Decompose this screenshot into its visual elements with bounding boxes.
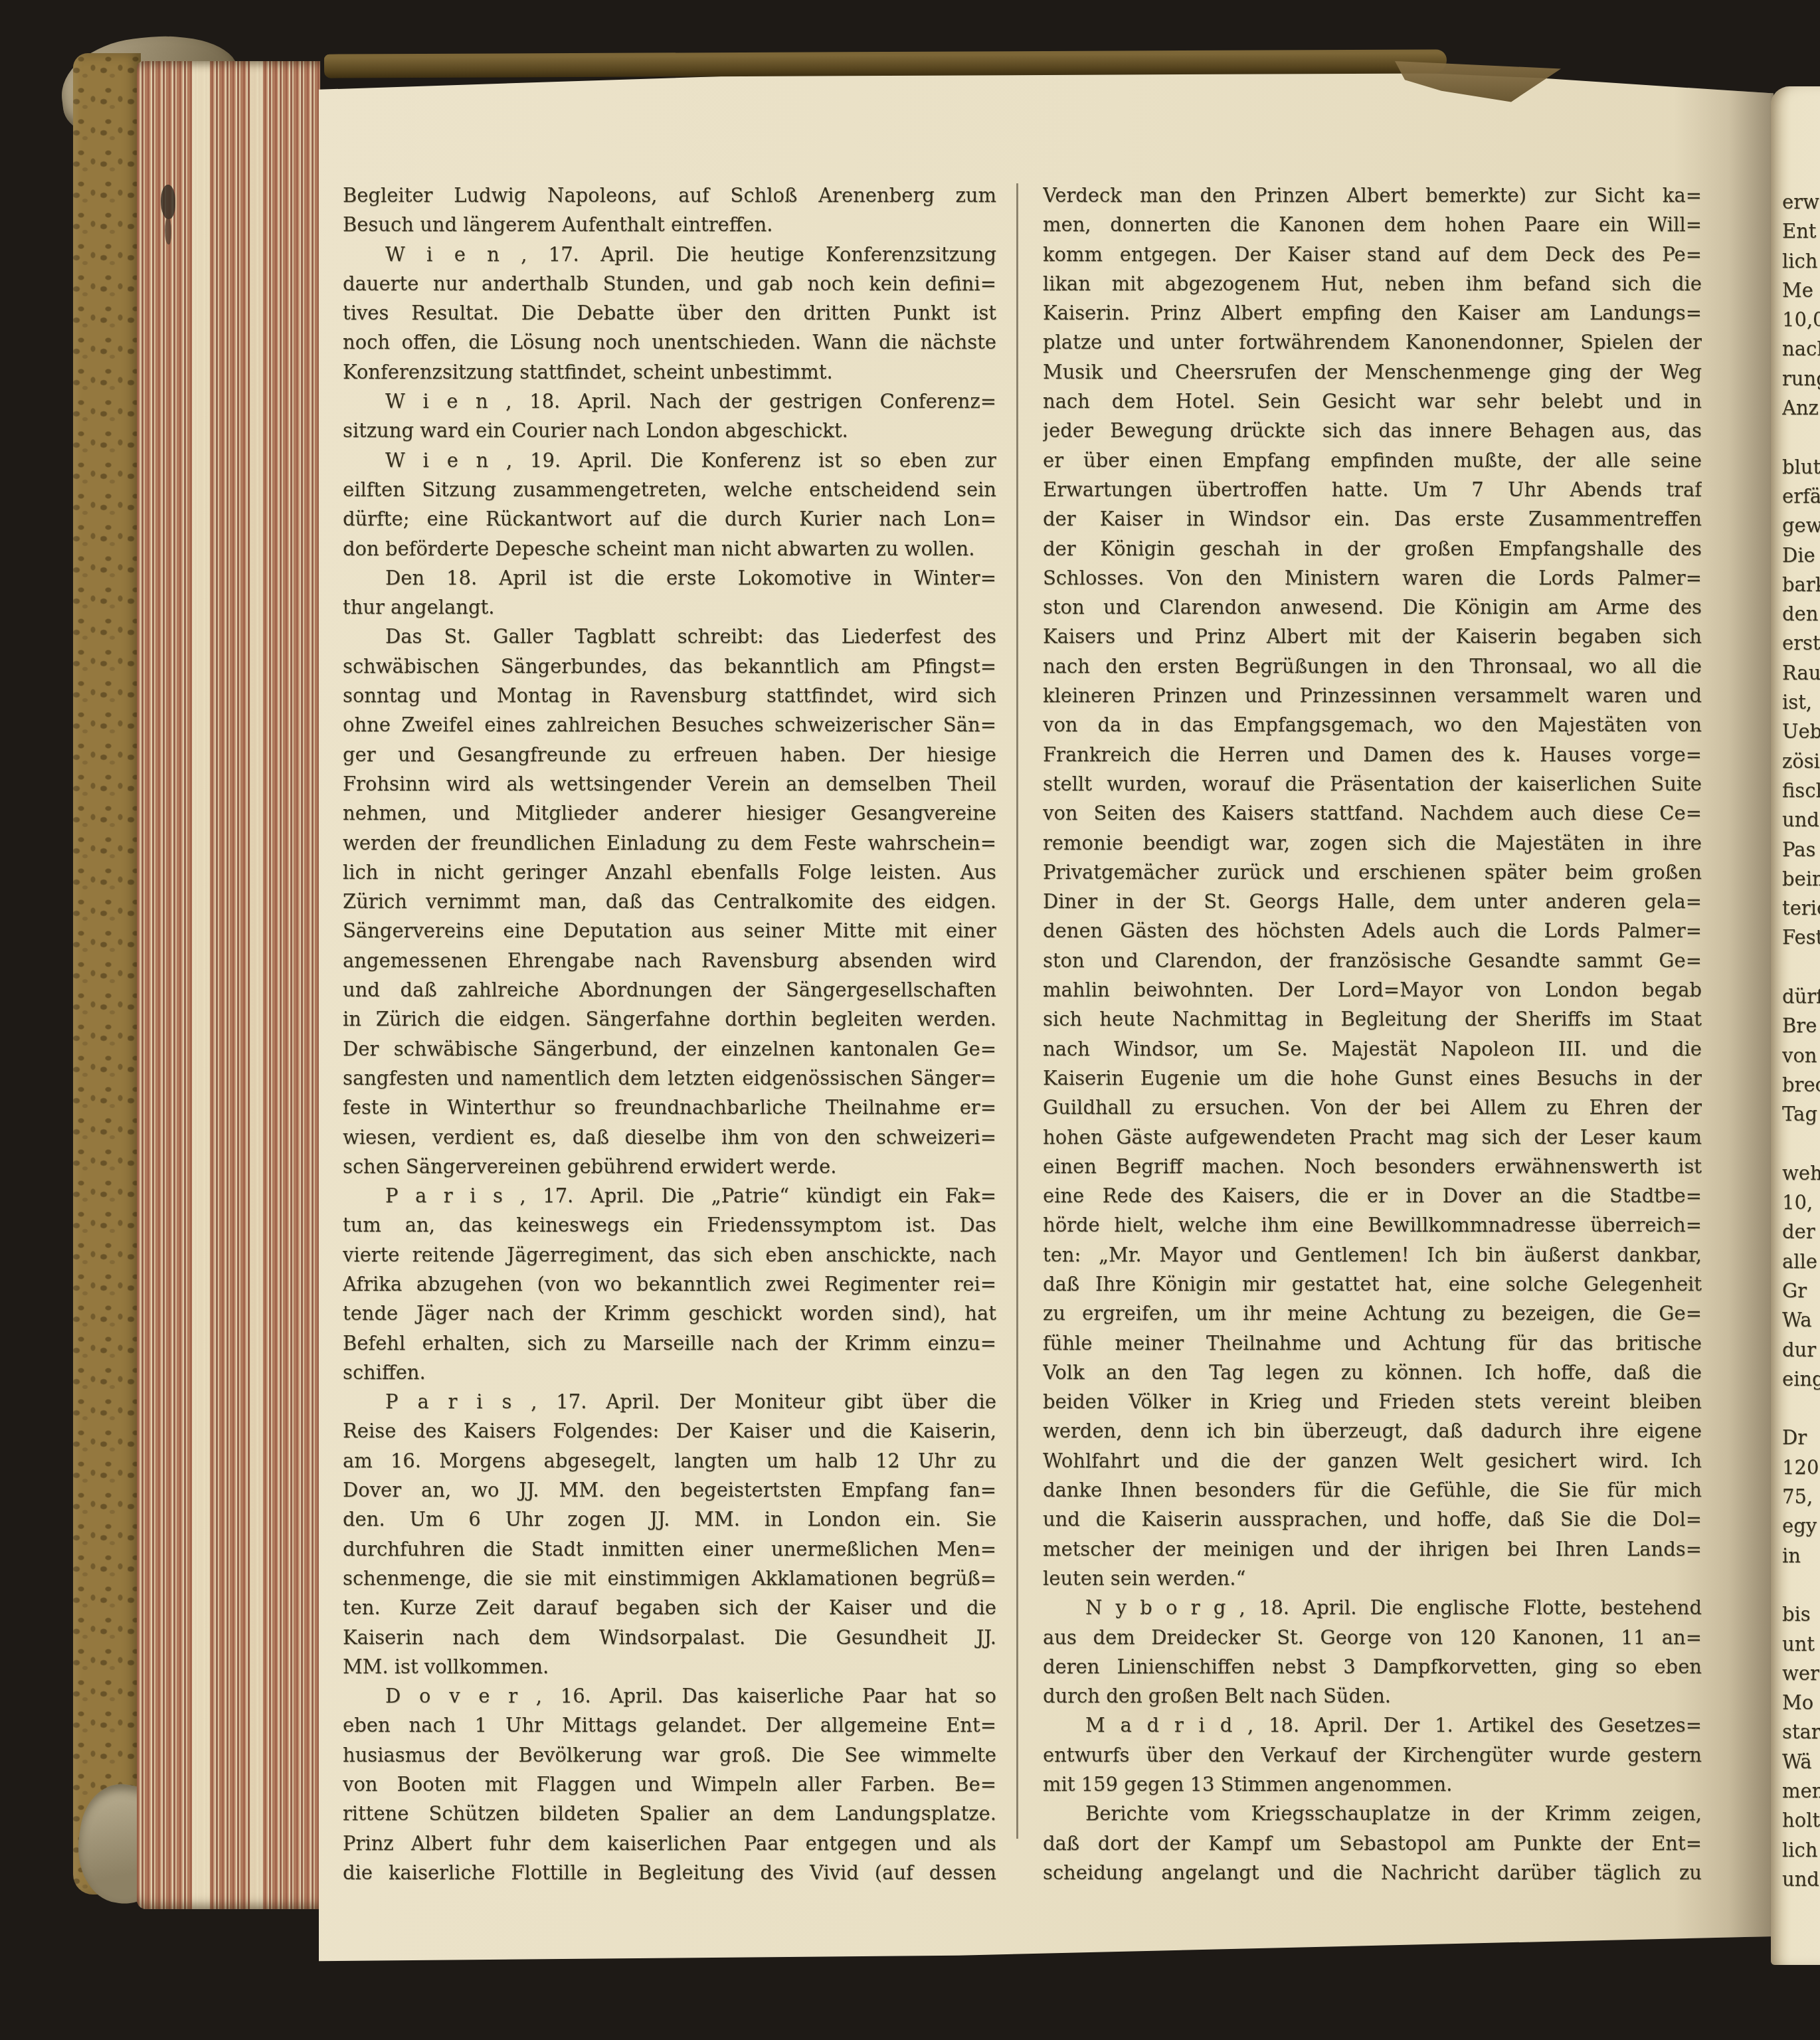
text-line: brec (1782, 1070, 1820, 1099)
text-line: hohen Gäste aufgewendeten Pracht mag sic… (1043, 1123, 1702, 1152)
text-line: Privatgemächer zurück und erschienen spä… (1043, 858, 1702, 887)
text-line: denen Gästen des höchsten Adels auch die… (1043, 916, 1702, 945)
text-line: lich (1782, 246, 1820, 276)
text-line: Konferenzsitzung stattfindet, scheint un… (343, 357, 996, 387)
text-line: nach den ersten Begrüßungen in den Thron… (1043, 652, 1702, 681)
text-line: eine Rede des Kaisers, die er in Dover a… (1043, 1181, 1702, 1210)
text-line: sitzung ward ein Courier nach London abg… (343, 416, 996, 445)
text-line: daß Ihre Königin mir gestattet hat, eine… (1043, 1269, 1702, 1299)
text-line: Rau (1782, 658, 1820, 688)
text-line: tende Jäger nach der Krimm geschickt wor… (343, 1299, 996, 1328)
text-line: Fest (1782, 923, 1820, 952)
text-line: durchfuhren die Stadt inmitten einer une… (343, 1534, 996, 1564)
text-line: erw (1782, 187, 1820, 217)
text-line: weh (1782, 1159, 1820, 1188)
text-line: Kaiserin nach dem Windsorpalast. Die Ges… (343, 1623, 996, 1652)
text-line: komm entgegen. Der Kaiser stand auf dem … (1043, 240, 1702, 269)
text-line: wiesen, verdient es, daß dieselbe ihm vo… (343, 1123, 996, 1152)
text-line: remonie beendigt war, zogen sich die Maj… (1043, 828, 1702, 858)
text-line: am 16. Morgens abgesegelt, langten um ha… (343, 1446, 996, 1475)
text-line: schwäbischen Sängerbundes, das bekanntli… (343, 652, 996, 681)
text-line: ten: „Mr. Mayor und Gentlemen! Ich bin ä… (1043, 1240, 1702, 1269)
text-line: Musik und Cheersrufen der Menschenmenge … (1043, 357, 1702, 387)
text-line: und (1782, 1865, 1820, 1894)
text-line: lich (1782, 1835, 1820, 1865)
column-divider-rule (1016, 183, 1018, 1839)
text-line: Dover an, wo JJ. MM. den begeistertsten … (343, 1475, 996, 1505)
text-line: egy (1782, 1511, 1820, 1540)
text-line: schiffen. (343, 1358, 996, 1387)
text-line: wer (1782, 1659, 1820, 1688)
text-line: dürfte; eine Rückantwort auf die durch K… (343, 504, 996, 533)
text-line: dur (1782, 1335, 1820, 1364)
text-line: von da in das Empfangsgemach, wo den Maj… (1043, 710, 1702, 739)
text-line: Guildhall zu ersuchen. Von der bei Allem… (1043, 1093, 1702, 1122)
text-line: durch den großen Belt nach Süden. (1043, 1681, 1702, 1711)
text-line: erfä (1782, 482, 1820, 511)
text-line: die kaiserliche Flottille in Begleitung … (343, 1858, 996, 1887)
text-line: noch offen, die Lösung noch unentschiede… (343, 327, 996, 357)
text-line: lich in nicht geringer Anzahl ebenfalls … (343, 858, 996, 887)
text-line: der (1782, 1217, 1820, 1246)
text-line: men (1782, 1776, 1820, 1806)
book-cover-edge (73, 53, 141, 1895)
text-line: jeder Bewegung drückte sich das innere B… (1043, 416, 1702, 445)
text-line: unt (1782, 1629, 1820, 1659)
text-line: feste in Winterthur so freundnachbarlich… (343, 1093, 996, 1122)
text-line: Me (1782, 276, 1820, 305)
text-line: ston und Clarendon, der französische Ges… (1043, 946, 1702, 975)
text-line (1782, 1570, 1820, 1600)
text-line: 10,0 (1782, 305, 1820, 334)
photograph-of-book-page: { "scene": { "background_color": "#1e1a1… (0, 0, 1820, 2040)
text-line: platze und unter fortwährendem Kanonendo… (1043, 327, 1702, 357)
text-line: 10, (1782, 1188, 1820, 1217)
text-line: alle (1782, 1247, 1820, 1276)
text-line: Tag (1782, 1099, 1820, 1129)
text-line: den (1782, 599, 1820, 628)
text-line: 120 (1782, 1453, 1820, 1482)
text-line: Das St. Galler Tagblatt schreibt: das Li… (343, 622, 996, 651)
text-line: stellt wurden, worauf die Präsentation d… (1043, 769, 1702, 798)
text-line: Anz (1782, 393, 1820, 422)
text-line: sonntag und Montag in Ravensburg stattfi… (343, 681, 996, 710)
text-line: Die (1782, 541, 1820, 570)
text-line: Mo (1782, 1688, 1820, 1717)
text-line: Wä (1782, 1747, 1820, 1776)
text-line: Diner in der St. Georgs Halle, dem unter… (1043, 887, 1702, 916)
text-line: hörde hielt, welche ihm eine Bewillkommn… (1043, 1210, 1702, 1240)
text-line: Erwartungen übertroffen hatte. Um 7 Uhr … (1043, 475, 1702, 504)
text-line: Besuch und längerem Aufenthalt eintreffe… (343, 210, 996, 239)
text-line: Reise des Kaisers Folgendes: Der Kaiser … (343, 1416, 996, 1445)
text-line: W i e n , 17. April. Die heutige Konfere… (343, 240, 996, 269)
text-line: beiden Völker in Krieg und Frieden stets… (1043, 1387, 1702, 1416)
text-line: leuten sein werden.“ (1043, 1564, 1702, 1593)
text-line: beim (1782, 864, 1820, 893)
text-line: werden der freundlichen Einladung zu dem… (343, 828, 996, 858)
text-line: gew (1782, 511, 1820, 540)
text-line: Pas (1782, 835, 1820, 864)
text-line: Kaiserin. Prinz Albert empfing den Kaise… (1043, 298, 1702, 327)
text-line: ger und Gesangfreunde zu erfreuen haben.… (343, 740, 996, 769)
text-line: P a r i s , 17. April. Der Moniteur gibt… (343, 1387, 996, 1416)
text-line: terie (1782, 893, 1820, 923)
text-line: Begleiter Ludwig Napoleons, auf Schloß A… (343, 181, 996, 210)
text-line: don beförderte Depesche scheint man nich… (343, 534, 996, 563)
text-line: ist, (1782, 688, 1820, 717)
text-line: Volk an den Tag legen zu können. Ich hof… (1043, 1358, 1702, 1387)
text-line: Afrika abzugehen (von wo bekanntlich zwe… (343, 1269, 996, 1299)
text-line: sangfesten und namentlich dem letzten ei… (343, 1064, 996, 1093)
text-line: entwurfs über den Verkauf der Kirchengüt… (1043, 1740, 1702, 1770)
text-line: danke Ihnen besonders für die Gefühle, d… (1043, 1475, 1702, 1505)
text-line: Berichte vom Kriegsschauplatze in der Kr… (1043, 1799, 1702, 1828)
text-line: der Königin geschah in der großen Empfan… (1043, 534, 1702, 563)
text-line: von Booten mit Flaggen und Wimpeln aller… (343, 1770, 996, 1799)
text-line: N y b o r g , 18. April. Die englische F… (1043, 1593, 1702, 1622)
text-line: eilften Sitzung zusammengetreten, welche… (343, 475, 996, 504)
text-line: husiasmus der Bevölkerung war groß. Die … (343, 1740, 996, 1770)
text-column-edge-fragments: erwEntlichMe10,0nachrungAnz bluterfägewD… (1782, 187, 1820, 1894)
text-line: eben nach 1 Uhr Mittags gelandet. Der al… (343, 1711, 996, 1740)
text-line: und daß zahlreiche Abordnungen der Sänge… (343, 975, 996, 1004)
text-line: men, donnerten die Kanonen dem hohen Paa… (1043, 210, 1702, 239)
text-line: ten. Kurze Zeit darauf begaben sich der … (343, 1593, 996, 1622)
text-line: schen Sängervereinen gebührend erwidert … (343, 1152, 996, 1181)
text-line: Sängervereins eine Deputation aus seiner… (343, 916, 996, 945)
text-line: fühle meiner Theilnahme und Achtung für … (1043, 1329, 1702, 1358)
text-line: zösi (1782, 747, 1820, 776)
text-line: nach (1782, 334, 1820, 363)
text-line: werden, denn ich bin überzeugt, daß dadu… (1043, 1416, 1702, 1445)
text-line: Prinz Albert fuhr dem kaiserlichen Paar … (343, 1829, 996, 1858)
text-line: dürf (1782, 982, 1820, 1011)
text-line: W i e n , 18. April. Nach der gestrigen … (343, 387, 996, 416)
text-line: Wa (1782, 1305, 1820, 1335)
text-line (1782, 1129, 1820, 1159)
text-line: ston und Clarendon anwesend. Die Königin… (1043, 593, 1702, 622)
text-line: thur angelangt. (343, 593, 996, 622)
text-line: Kaiserin Eugenie um die hohe Gunst eines… (1043, 1064, 1702, 1093)
text-line: blut (1782, 452, 1820, 482)
text-line: likan mit abgezogenem Hut, neben ihm bef… (1043, 269, 1702, 298)
text-line: Bre (1782, 1011, 1820, 1040)
text-line: tives Resultat. Die Debatte über den dri… (343, 298, 996, 327)
text-line: Ent (1782, 217, 1820, 246)
text-line: Zürich vernimmt man, daß das Centralkomi… (343, 887, 996, 916)
text-line: den. Um 6 Uhr zogen JJ. MM. in London ei… (343, 1505, 996, 1534)
text-line: Frohsinn wird als wettsingender Verein a… (343, 769, 996, 798)
text-line: Befehl erhalten, sich zu Marseille nach … (343, 1329, 996, 1358)
text-line: nehmen, und Mitglieder anderer hiesiger … (343, 798, 996, 828)
text-line: er über einen Empfang empfinden mußte, d… (1043, 446, 1702, 475)
text-line: W i e n , 19. April. Die Konferenz ist s… (343, 446, 996, 475)
text-line: M a d r i d , 18. April. Der 1. Artikel … (1043, 1711, 1702, 1740)
newspaper-page: Begleiter Ludwig Napoleons, auf Schloß A… (319, 57, 1774, 1965)
text-line: dauerte nur anderthalb Stunden, und gab … (343, 269, 996, 298)
text-line: von Seiten des Kaisers stattfand. Nachde… (1043, 798, 1702, 828)
text-line: aus dem Dreidecker St. George von 120 Ka… (1043, 1623, 1702, 1652)
text-line: Der schwäbische Sängerbund, der einzelne… (343, 1034, 996, 1064)
text-line: erste (1782, 628, 1820, 658)
text-line: vierte reitende Jägerregiment, das sich … (343, 1240, 996, 1269)
text-line: metscher der meinigen und der ihrigen be… (1043, 1534, 1702, 1564)
text-line: 75, (1782, 1482, 1820, 1511)
text-line: rittene Schützen bildeten Spalier an dem… (343, 1799, 996, 1828)
text-line: in (1782, 1541, 1820, 1570)
text-line: D o v e r , 16. April. Das kaiserliche P… (343, 1681, 996, 1711)
text-line: fisch (1782, 776, 1820, 805)
text-line: Wohlfahrt und die der ganzen Welt gesich… (1043, 1446, 1702, 1475)
text-line: kleineren Prinzen und Prinzessinnen vers… (1043, 681, 1702, 710)
text-line: Frankreich die Herren und Damen des k. H… (1043, 740, 1702, 769)
text-line: rung (1782, 364, 1820, 393)
text-line: von (1782, 1041, 1820, 1070)
text-line: schenmenge, die sie mit einstimmigen Akk… (343, 1564, 996, 1593)
text-line (1782, 422, 1820, 452)
text-line (1782, 1394, 1820, 1423)
text-line: Den 18. April ist die erste Lokomotive i… (343, 563, 996, 593)
text-line: MM. ist vollkommen. (343, 1652, 996, 1681)
text-line: nach Windsor, um Se. Majestät Napoleon I… (1043, 1034, 1702, 1064)
page-stack-fore-edge (137, 61, 320, 1909)
text-line: angemessenen Ehrengabe nach Ravensburg a… (343, 946, 996, 975)
adjacent-column-sliver: erwEntlichMe10,0nachrungAnz bluterfägewD… (1771, 86, 1820, 1965)
text-line: Dr (1782, 1423, 1820, 1452)
text-line: P a r i s , 17. April. Die „Patrie“ künd… (343, 1181, 996, 1210)
text-line: ohne Zweifel eines zahlreichen Besuches … (343, 710, 996, 739)
text-line: daß dort der Kampf um Sebastopol am Punk… (1043, 1829, 1702, 1858)
text-line: bark (1782, 570, 1820, 599)
text-line: in Zürich die eidgen. Sängerfahne dorthi… (343, 1004, 996, 1034)
text-line: Verdeck man den Prinzen Albert bemerkte)… (1043, 181, 1702, 210)
ink-blot (161, 185, 175, 219)
text-column-middle: Verdeck man den Prinzen Albert bemerkte)… (1043, 181, 1702, 1887)
text-line: Schlosses. Von den Ministern waren die L… (1043, 563, 1702, 593)
text-line (1782, 953, 1820, 982)
text-line: Ueb (1782, 717, 1820, 746)
text-line: und die Kaiserin aussprachen, und hoffe,… (1043, 1505, 1702, 1534)
text-line: einen Begriff machen. Noch besonders erw… (1043, 1152, 1702, 1181)
text-line: holt (1782, 1806, 1820, 1835)
text-line: eing (1782, 1364, 1820, 1394)
torn-top-edge-strip (324, 49, 1447, 78)
text-line: star (1782, 1717, 1820, 1746)
text-line: bis (1782, 1600, 1820, 1629)
text-line: der Kaiser in Windsor ein. Das erste Zus… (1043, 504, 1702, 533)
text-column-left: Begleiter Ludwig Napoleons, auf Schloß A… (343, 181, 996, 1887)
text-line: scheidung angelangt und die Nachricht da… (1043, 1858, 1702, 1887)
text-line: sich heute Nachmittag in Begleitung der … (1043, 1004, 1702, 1034)
text-line: tum an, das keineswegs ein Friedenssympt… (343, 1210, 996, 1240)
text-line: nach dem Hotel. Sein Gesicht war sehr be… (1043, 387, 1702, 416)
text-line: Kaisers und Prinz Albert mit der Kaiseri… (1043, 622, 1702, 651)
text-line: Gr (1782, 1276, 1820, 1305)
text-line: deren Linienschiffen nebst 3 Dampfkorvet… (1043, 1652, 1702, 1681)
text-line: mit 159 gegen 13 Stimmen angenommen. (1043, 1770, 1702, 1799)
text-line: zu ergreifen, um ihr meine Achtung zu be… (1043, 1299, 1702, 1328)
text-line: und (1782, 805, 1820, 834)
text-line: mahlin beiwohnten. Der Lord=Mayor von Lo… (1043, 975, 1702, 1004)
